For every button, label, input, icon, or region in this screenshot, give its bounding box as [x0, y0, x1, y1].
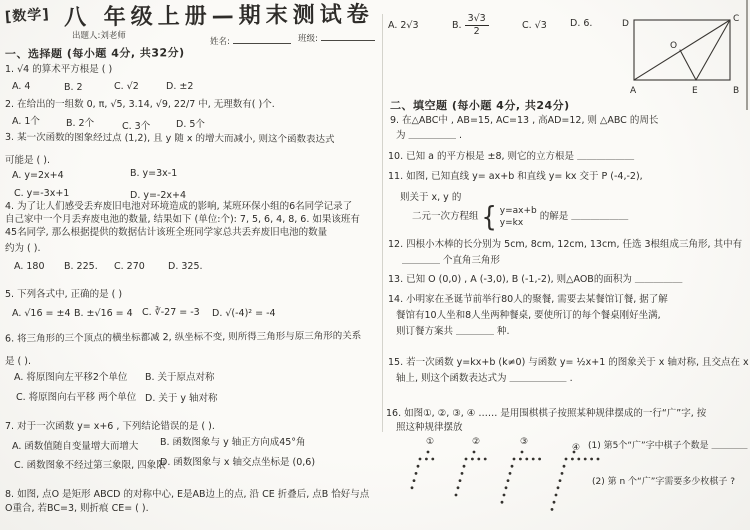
go-stone-dot [519, 458, 522, 461]
q3-option-b: B. y=3x-1 [130, 168, 177, 180]
q4-option-a: A. 180 [14, 261, 45, 273]
q2-option-d: D. 5个 [176, 119, 205, 131]
q4-option-c: C. 270 [114, 261, 145, 273]
question-16-sub2: (2) 第 n 个“广”字需要多少枚棋子 ? [592, 477, 735, 488]
go-stone-dot [551, 508, 554, 511]
question-4-line4: 约为 ( ). [5, 243, 40, 255]
go-stone-dot [559, 479, 562, 482]
go-stone-dot [427, 451, 430, 454]
go-stone-dot [505, 486, 508, 489]
point-label-O: O [670, 41, 677, 51]
question8-figure: D C O A E B [618, 8, 748, 100]
go-stone-dot [457, 486, 460, 489]
go-stone-dot [507, 479, 510, 482]
question-14-line1: 14. 小明家在圣诞节前举行80人的聚餐, 需要去某餐馆订餐, 据了解 [388, 294, 668, 306]
question-10-text: 10. 已知 a 的平方根是 ±8, 则它的立方根是 ＿＿＿＿＿＿ [388, 151, 634, 163]
question-13-text: 13. 已知 O (0,0) , A (-3,0), B (-1,-2), 则△… [388, 274, 682, 286]
vertex-label-B: B [733, 86, 739, 96]
go-stone-dot [459, 479, 462, 482]
go-stone-dot [590, 458, 593, 461]
system-brace: { [482, 203, 497, 231]
vertex-label-D: D [622, 19, 629, 29]
go-stone-dot [455, 494, 458, 497]
system-suffix: 的解是 ＿＿＿＿＿＿ [540, 211, 629, 223]
q7-option-b: B. 函数图象与 y 轴正方向成45°角 [160, 437, 306, 449]
name-label: 姓名: [210, 37, 230, 47]
go-stone-dot [511, 465, 514, 468]
go-stone-dot [573, 451, 576, 454]
vertex-label-A: A [630, 86, 637, 96]
class-label: 班级: [298, 34, 318, 44]
page-title: 八 年级上册—期末测试卷 [64, 1, 374, 32]
q4-option-d: D. 325. [168, 261, 203, 273]
go-stone-dot [419, 458, 422, 461]
go-stone-dot [425, 458, 428, 461]
system-eq-top: y=ax+b [500, 205, 537, 217]
system-equations: y=ax+b y=kx [500, 205, 537, 229]
name-field: 姓名: [210, 34, 291, 48]
q6-option-c: C. 将原图向右平移 两个单位 [16, 392, 136, 404]
go-stone-dot [557, 486, 560, 489]
question-15-line2: 轴上, 则这个函数表达式为 ＿＿＿＿＿＿ . [396, 373, 573, 385]
exam-paper-scan: [数学] 八 年级上册—期末测试卷 出题人:刘老师 姓名: 班级: 一、选择题 … [0, 0, 750, 530]
q8-option-a: A. 2√3 [388, 20, 419, 32]
system-eq-bottom: y=kx [500, 217, 537, 229]
question-3-line1: 3. 某一次函数的图象经过点 (1,2), 且 y 随 x 的增大而减小, 则这… [5, 132, 335, 146]
question-15-line1: 15. 若一次函数 y=kx+b (k≠0) 与函数 y= ½x+1 的图象关于… [388, 357, 749, 369]
go-stone-dot [577, 458, 580, 461]
class-blank-line [321, 31, 375, 41]
go-stone-dot [484, 458, 487, 461]
segment-EO [680, 50, 696, 80]
go-stone-dot [465, 458, 468, 461]
system-label: 二元一次方程组 [412, 211, 479, 223]
q5-option-a: A. √16 = ±4 [12, 308, 71, 320]
section2-header: 二、填空题 (每小题 4分, 共24分) [390, 99, 570, 113]
q5-option-c: C. ∛-27 = -3 [142, 307, 200, 319]
question-2-text: 2. 在给出的一组数 0, π, √5, 3.14, √9, 22/7 中, 无… [5, 99, 275, 111]
question-9-line1: 9. 在△ABC中 , AB=15, AC=13 , 高AD=12, 则 △AB… [390, 115, 658, 127]
go-stone-dot [525, 458, 528, 461]
go-stone-dot [509, 472, 512, 475]
q7-option-a: A. 函数值随自变量增大而增大 [12, 441, 138, 453]
exam-setter: 出题人:刘老师 [72, 31, 126, 42]
name-blank-line [233, 34, 291, 44]
question-11-line1: 11. 如图, 已知直线 y= ax+b 和直线 y= kx 交于 P (-4,… [388, 171, 643, 183]
question-16-line1: 16. 如图①, ②, ③, ④ …… 是用围棋棋子按照某种规律摆成的一行“广”… [386, 408, 706, 420]
vertex-label-C: C [733, 14, 739, 24]
go-stone-dot [417, 465, 420, 468]
point-label-E: E [692, 86, 698, 96]
question-7-text: 7. 对于一次函数 y= x+6 , 下列结论错误的是 ( ). [5, 421, 215, 433]
question-12-line2: ＿＿＿＿ 个直角三角形 [402, 255, 500, 267]
q8-option-b: B. 3√3 2 [452, 14, 489, 37]
segment-EC [696, 20, 730, 80]
diagonal-AC [634, 20, 730, 80]
q6-option-b: B. 关于原点对称 [145, 372, 215, 384]
go-stone-dot [463, 465, 466, 468]
q7-option-c: C. 函数图象不经过第三象限, 四象限 [14, 460, 166, 472]
go-stone-dot [513, 458, 516, 461]
question-4-line2: 自己家中一个月丢弃废电池的数量, 结果如下 (单位:个): 7, 5, 6, 4… [5, 214, 360, 226]
go-stone-dot [415, 472, 418, 475]
fraction-numerator: 3√3 [465, 14, 489, 26]
go-stone-dot [411, 486, 414, 489]
q5-option-d: D. √(-4)² = -4 [212, 308, 276, 320]
go-stone-dot [538, 458, 541, 461]
fraction-denominator: 2 [465, 26, 489, 37]
go-stone-dot [597, 458, 600, 461]
q8-option-b-fraction: 3√3 2 [465, 14, 489, 37]
q1-option-c: C. √2 [114, 81, 139, 93]
question-6-line1: 6. 将三角形的三个顶点的横坐标都减 2, 纵坐标不变, 则所得三角形与原三角形… [5, 330, 361, 345]
question-4-line3: 45名同学, 那么根据提供的数据估计该班全班同学家总共丢弃废旧电池的数量 [5, 227, 327, 239]
q1-option-d: D. ±2 [166, 81, 193, 93]
go-stone-dot [473, 451, 476, 454]
q1-option-a: A. 4 [12, 81, 30, 93]
section1-header: 一、选择题 (每小题 4分, 共32分) [5, 46, 185, 61]
go-stone-dot [413, 479, 416, 482]
go-stone-dot [477, 458, 480, 461]
go-stone-dot [584, 458, 587, 461]
class-field: 班级: [298, 31, 375, 45]
go-stone-dot [501, 501, 504, 504]
go-stone-dot [563, 465, 566, 468]
go-stone-dot [555, 494, 558, 497]
q3-option-c: C. y=-3x+1 [14, 188, 69, 200]
go-stone-dot [561, 472, 564, 475]
question-12-line1: 12. 四根小木棒的长分别为 5cm, 8cm, 12cm, 13cm, 任选 … [388, 239, 742, 251]
q8-option-c: C. √3 [522, 20, 547, 32]
go-stone-dot [553, 501, 556, 504]
question-16-sub1: (1) 第5个“广”字中棋子个数是 ＿＿＿＿ [588, 441, 748, 452]
go-stone-dot [461, 472, 464, 475]
question-14-line2: 餐馆有10人坐和8人坐两种餐桌, 要使所订的每个餐桌刚好坐满, [396, 310, 661, 322]
question-11-line2: 则关于 x, y 的 [400, 192, 461, 204]
question-6-line2: 是 ( ). [5, 356, 31, 368]
question-4-line1: 4. 为了让人们感受丢弃废旧电池对环境造成的影响, 某班环保小组的6名同学记录了 [5, 201, 352, 213]
question-8-line2: O重合, 若BC=3, 则折痕 CE= ( ). [5, 503, 149, 515]
q2-option-b: B. 2个 [66, 118, 94, 130]
pattern-label-2: ② [472, 437, 480, 447]
pattern-label-3: ③ [520, 437, 528, 447]
q2-option-c: C. 3个 [122, 121, 150, 133]
go-stone-dot [431, 458, 434, 461]
q3-option-a: A. y=2x+4 [12, 170, 64, 182]
question-14-line3: 则订餐方案共 ＿＿＿＿ 种. [396, 326, 510, 338]
go-stone-dot [532, 458, 535, 461]
question-11-system: 二元一次方程组 { y=ax+b y=kx 的解是 ＿＿＿＿＿＿ [412, 205, 628, 229]
q7-option-d: D. 函数图象与 x 轴交点坐标是 (0,6) [160, 457, 315, 469]
go-stone-dot [571, 458, 574, 461]
go-stone-dot [565, 458, 568, 461]
question16-stone-patterns-figure: ①②③④ [402, 432, 614, 528]
pattern-label-1: ① [426, 437, 434, 447]
q6-option-d: D. 关于 y 轴对称 [145, 393, 218, 405]
go-stone-dot [503, 494, 506, 497]
q2-option-a: A. 1个 [12, 116, 40, 128]
q1-option-b: B. 2 [64, 82, 83, 94]
go-stone-dot [471, 458, 474, 461]
question-5-text: 5. 下列各式中, 正确的是 ( ) [5, 289, 122, 301]
question-3-line2: 可能是 ( ). [5, 155, 50, 167]
go-stone-dot [521, 451, 524, 454]
subject-tag: [数学] [4, 6, 50, 27]
q8-option-d: D. 6. [570, 18, 592, 30]
q5-option-b: B. ±√16 = 4 [74, 308, 133, 320]
question-1-text: 1. √4 的算术平方根是 ( ) [5, 64, 112, 76]
q8-option-b-label: B. [452, 20, 462, 31]
column-crease-line [382, 14, 383, 432]
question-8-line1: 8. 如图, 点O 是矩形 ABCD 的对称中心, E是AB边上的点, 沿 CE… [5, 489, 369, 501]
q6-option-a: A. 将原图向左平移2个单位 [14, 372, 127, 384]
q4-option-b: B. 225. [64, 261, 98, 273]
question-9-line2: 为 ＿＿＿＿＿ . [396, 130, 462, 142]
